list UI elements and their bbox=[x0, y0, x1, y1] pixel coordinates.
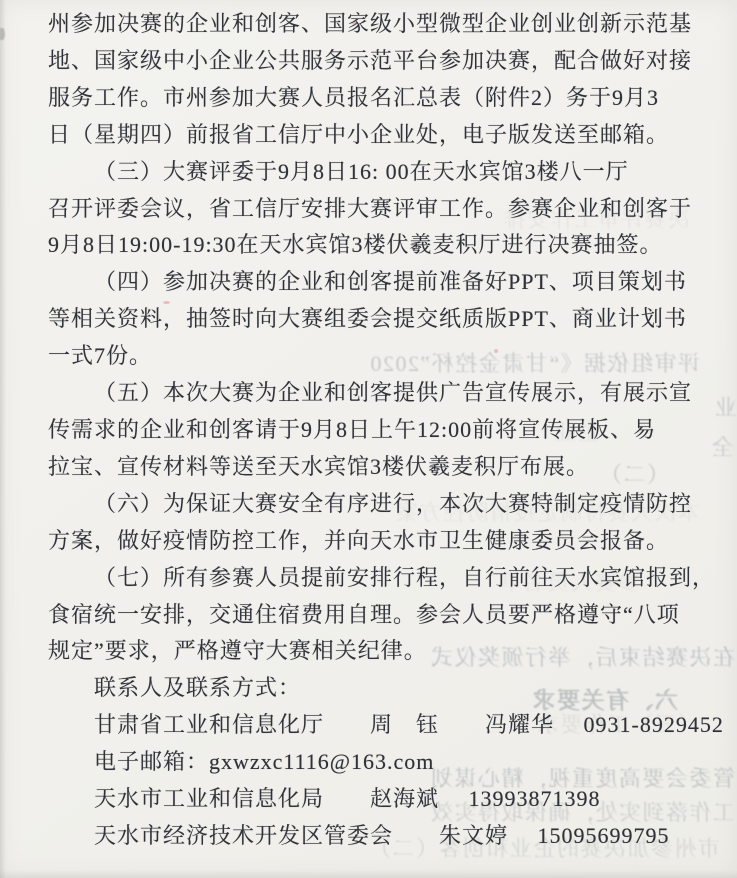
text-line: 方案，做好疫情防控工作，并向天水市卫生健康委员会报备。 bbox=[48, 523, 693, 560]
text-line: 等相关资料，抽签时向大赛组委会提交纸质版PPT、商业计划书 bbox=[48, 301, 693, 338]
text-line: 召开评委会议，省工信厅安排大赛评审工作。参赛企业和创客于 bbox=[48, 191, 693, 228]
text-line: 拉宝、宣传材料等送至天水宾馆3楼伏羲麦积厅布展。 bbox=[48, 449, 693, 486]
text-line: 9月8日19:00-19:30在天水宾馆3楼伏羲麦积厅进行决赛抽签。 bbox=[48, 227, 693, 264]
text-line: 服务工作。市州参加大赛人员报名汇总表（附件2）务于9月3 bbox=[48, 80, 693, 117]
document-body: 州参加决赛的企业和创客、国家级小型微型企业创业创新示范基 地、国家级中小企业公共… bbox=[0, 0, 737, 878]
text-line-item-3: （三）大赛评委于9月8日16: 00在天水宾馆3楼八一厅 bbox=[48, 154, 693, 191]
text-line-item-4: （四）参加决赛的企业和创客提前准备好PPT、项目策划书 bbox=[48, 264, 693, 301]
text-line: 州参加决赛的企业和创客、国家级小型微型企业创业创新示范基 bbox=[48, 6, 693, 43]
scan-speck bbox=[494, 349, 498, 353]
text-line: 日（星期四）前报省工信厅中小企业处，电子版发送至邮箱。 bbox=[48, 117, 693, 154]
contact-line-devzone: 天水市经济技术开发区管委会 朱文婷 15095699795 bbox=[48, 818, 693, 855]
scan-speck bbox=[352, 22, 357, 25]
contact-line-province: 甘肃省工业和信息化厅 周 钰 冯耀华 0931-8929452 bbox=[48, 707, 693, 744]
text-line-item-7: （七）所有参赛人员提前安排行程，自行前往天水宾馆报到， bbox=[48, 560, 693, 597]
text-line-item-6: （六）为保证大赛安全有序进行，本次大赛特制定疫情防控 bbox=[48, 486, 693, 523]
contact-line-city-bureau: 天水市工业和信息化局 赵海斌 13993871398 bbox=[48, 781, 693, 818]
text-line: 一式7份。 bbox=[48, 338, 693, 375]
text-line: 传需求的企业和创客请于9月8日上午12:00前将宣传展板、易 bbox=[48, 412, 693, 449]
text-line: 地、国家级中小企业公共服务示范平台参加决赛，配合做好对接 bbox=[48, 43, 693, 80]
scan-speck bbox=[163, 301, 170, 304]
text-line: 食宿统一安排，交通住宿费用自理。参会人员要严格遵守“八项 bbox=[48, 597, 693, 634]
text-line: 规定”要求，严格遵守大赛相关纪律。 bbox=[48, 633, 693, 670]
contact-line-email: 电子邮箱：gxwzxc1116@163.com bbox=[48, 744, 693, 781]
text-line-item-5: （五）本次大赛为企业和创客提供广告宣传展示，有展示宣 bbox=[48, 375, 693, 412]
scan-edge-artifact bbox=[0, 28, 5, 40]
contact-section-heading: 联系人及联系方式： bbox=[48, 670, 693, 707]
scanned-document-page: 决赛评审工作安排评审组依据《“甘肃金控杯”2020业企业全（二）本次大赛特制定疫… bbox=[0, 0, 737, 878]
